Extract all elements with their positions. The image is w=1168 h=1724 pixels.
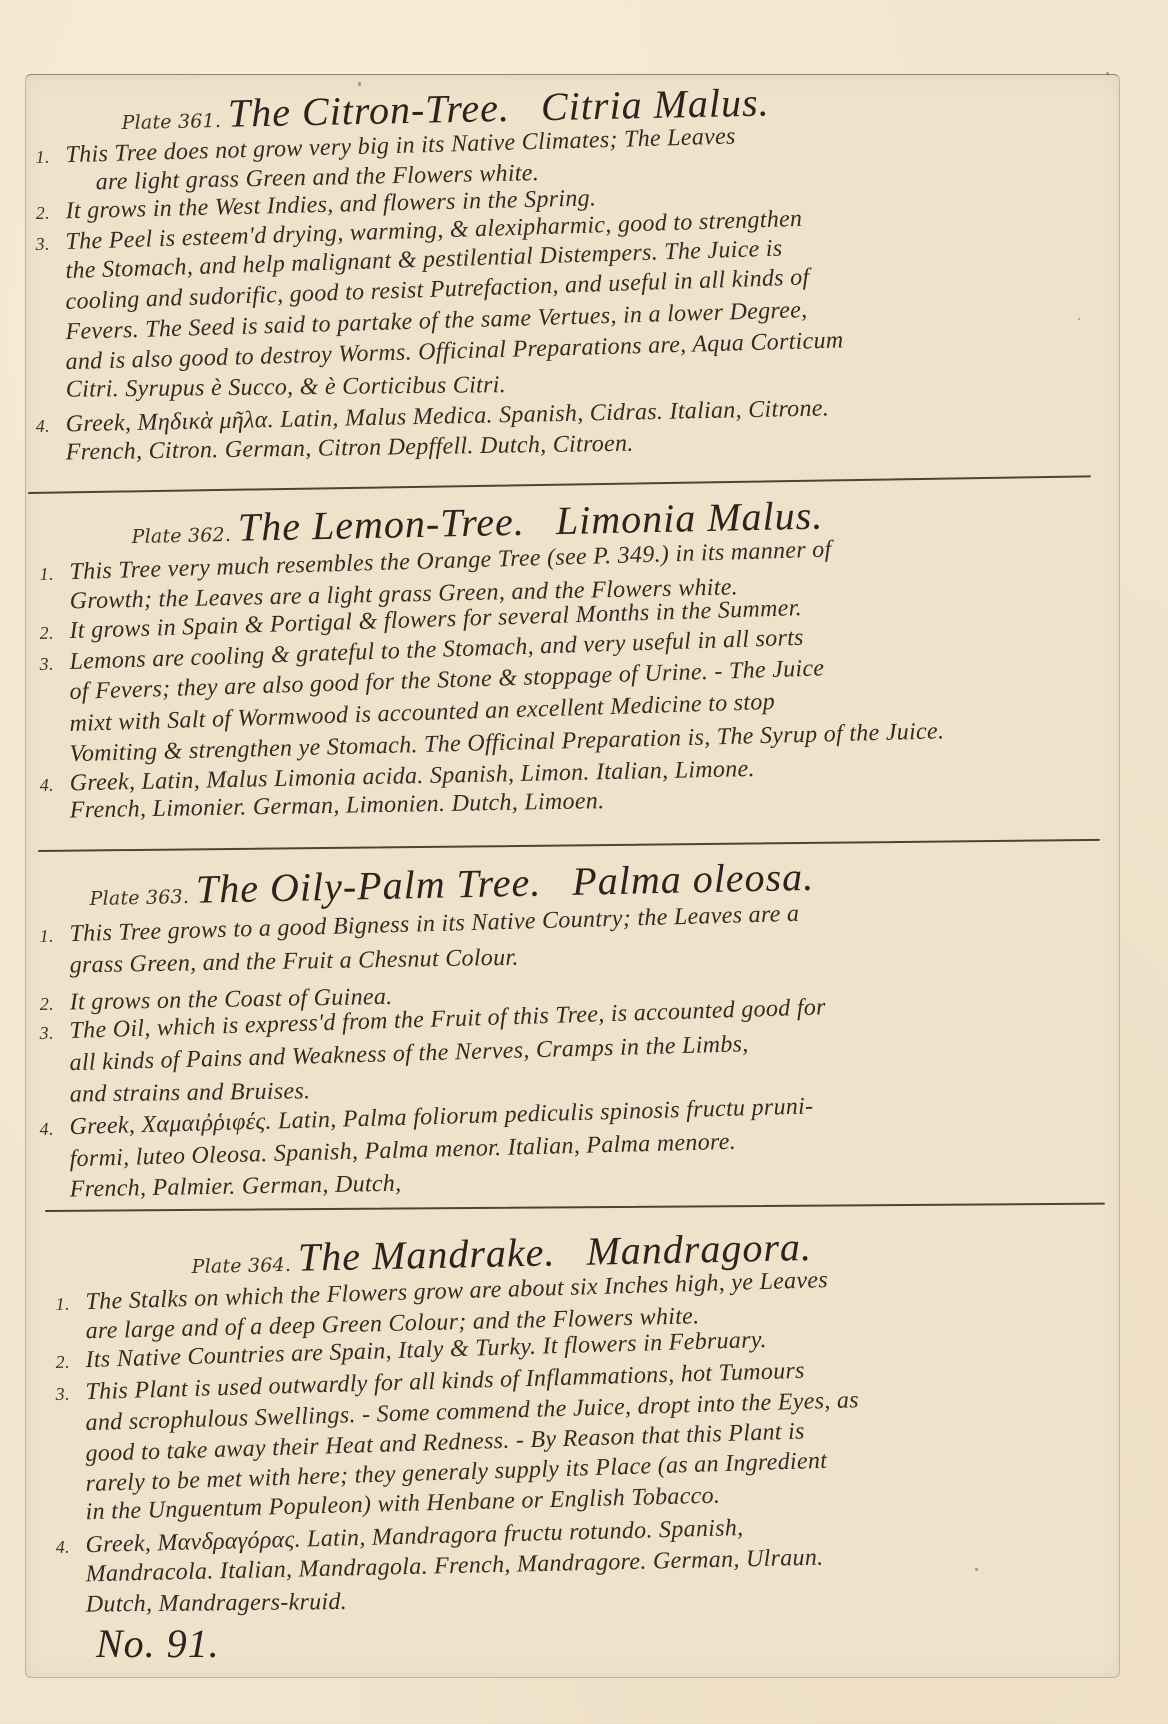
paper-speck — [975, 1568, 978, 1571]
text-line: Citri. Syrupus è Succo, & è Corticibus C… — [36, 372, 506, 404]
paper-speck — [1078, 318, 1080, 320]
common-name: The Mandrake. — [298, 1229, 556, 1279]
plate-number: Plate 363. — [89, 886, 189, 910]
plate-number: Plate 361. — [121, 110, 221, 134]
common-name: The Lemon-Tree. — [238, 499, 526, 550]
latin-name: Palma oleosa. — [572, 854, 815, 904]
folio-number: No. 91. — [96, 1620, 220, 1667]
paper-speck — [1106, 72, 1109, 75]
text-line: and strains and Bruises. — [40, 1078, 311, 1109]
common-name: The Citron-Tree. — [228, 85, 511, 136]
latin-name: Mandragora. — [586, 1224, 812, 1274]
latin-name: Citria Malus. — [540, 79, 769, 129]
plate-number: Plate 362. — [131, 524, 231, 548]
paper-speck — [358, 82, 361, 86]
common-name: The Oily-Palm Tree. — [196, 860, 542, 912]
text-line: Dutch, Mandragers-kruid. — [56, 1589, 347, 1619]
latin-name: Limonia Malus. — [555, 493, 823, 544]
plate-number: Plate 364. — [191, 1254, 291, 1278]
